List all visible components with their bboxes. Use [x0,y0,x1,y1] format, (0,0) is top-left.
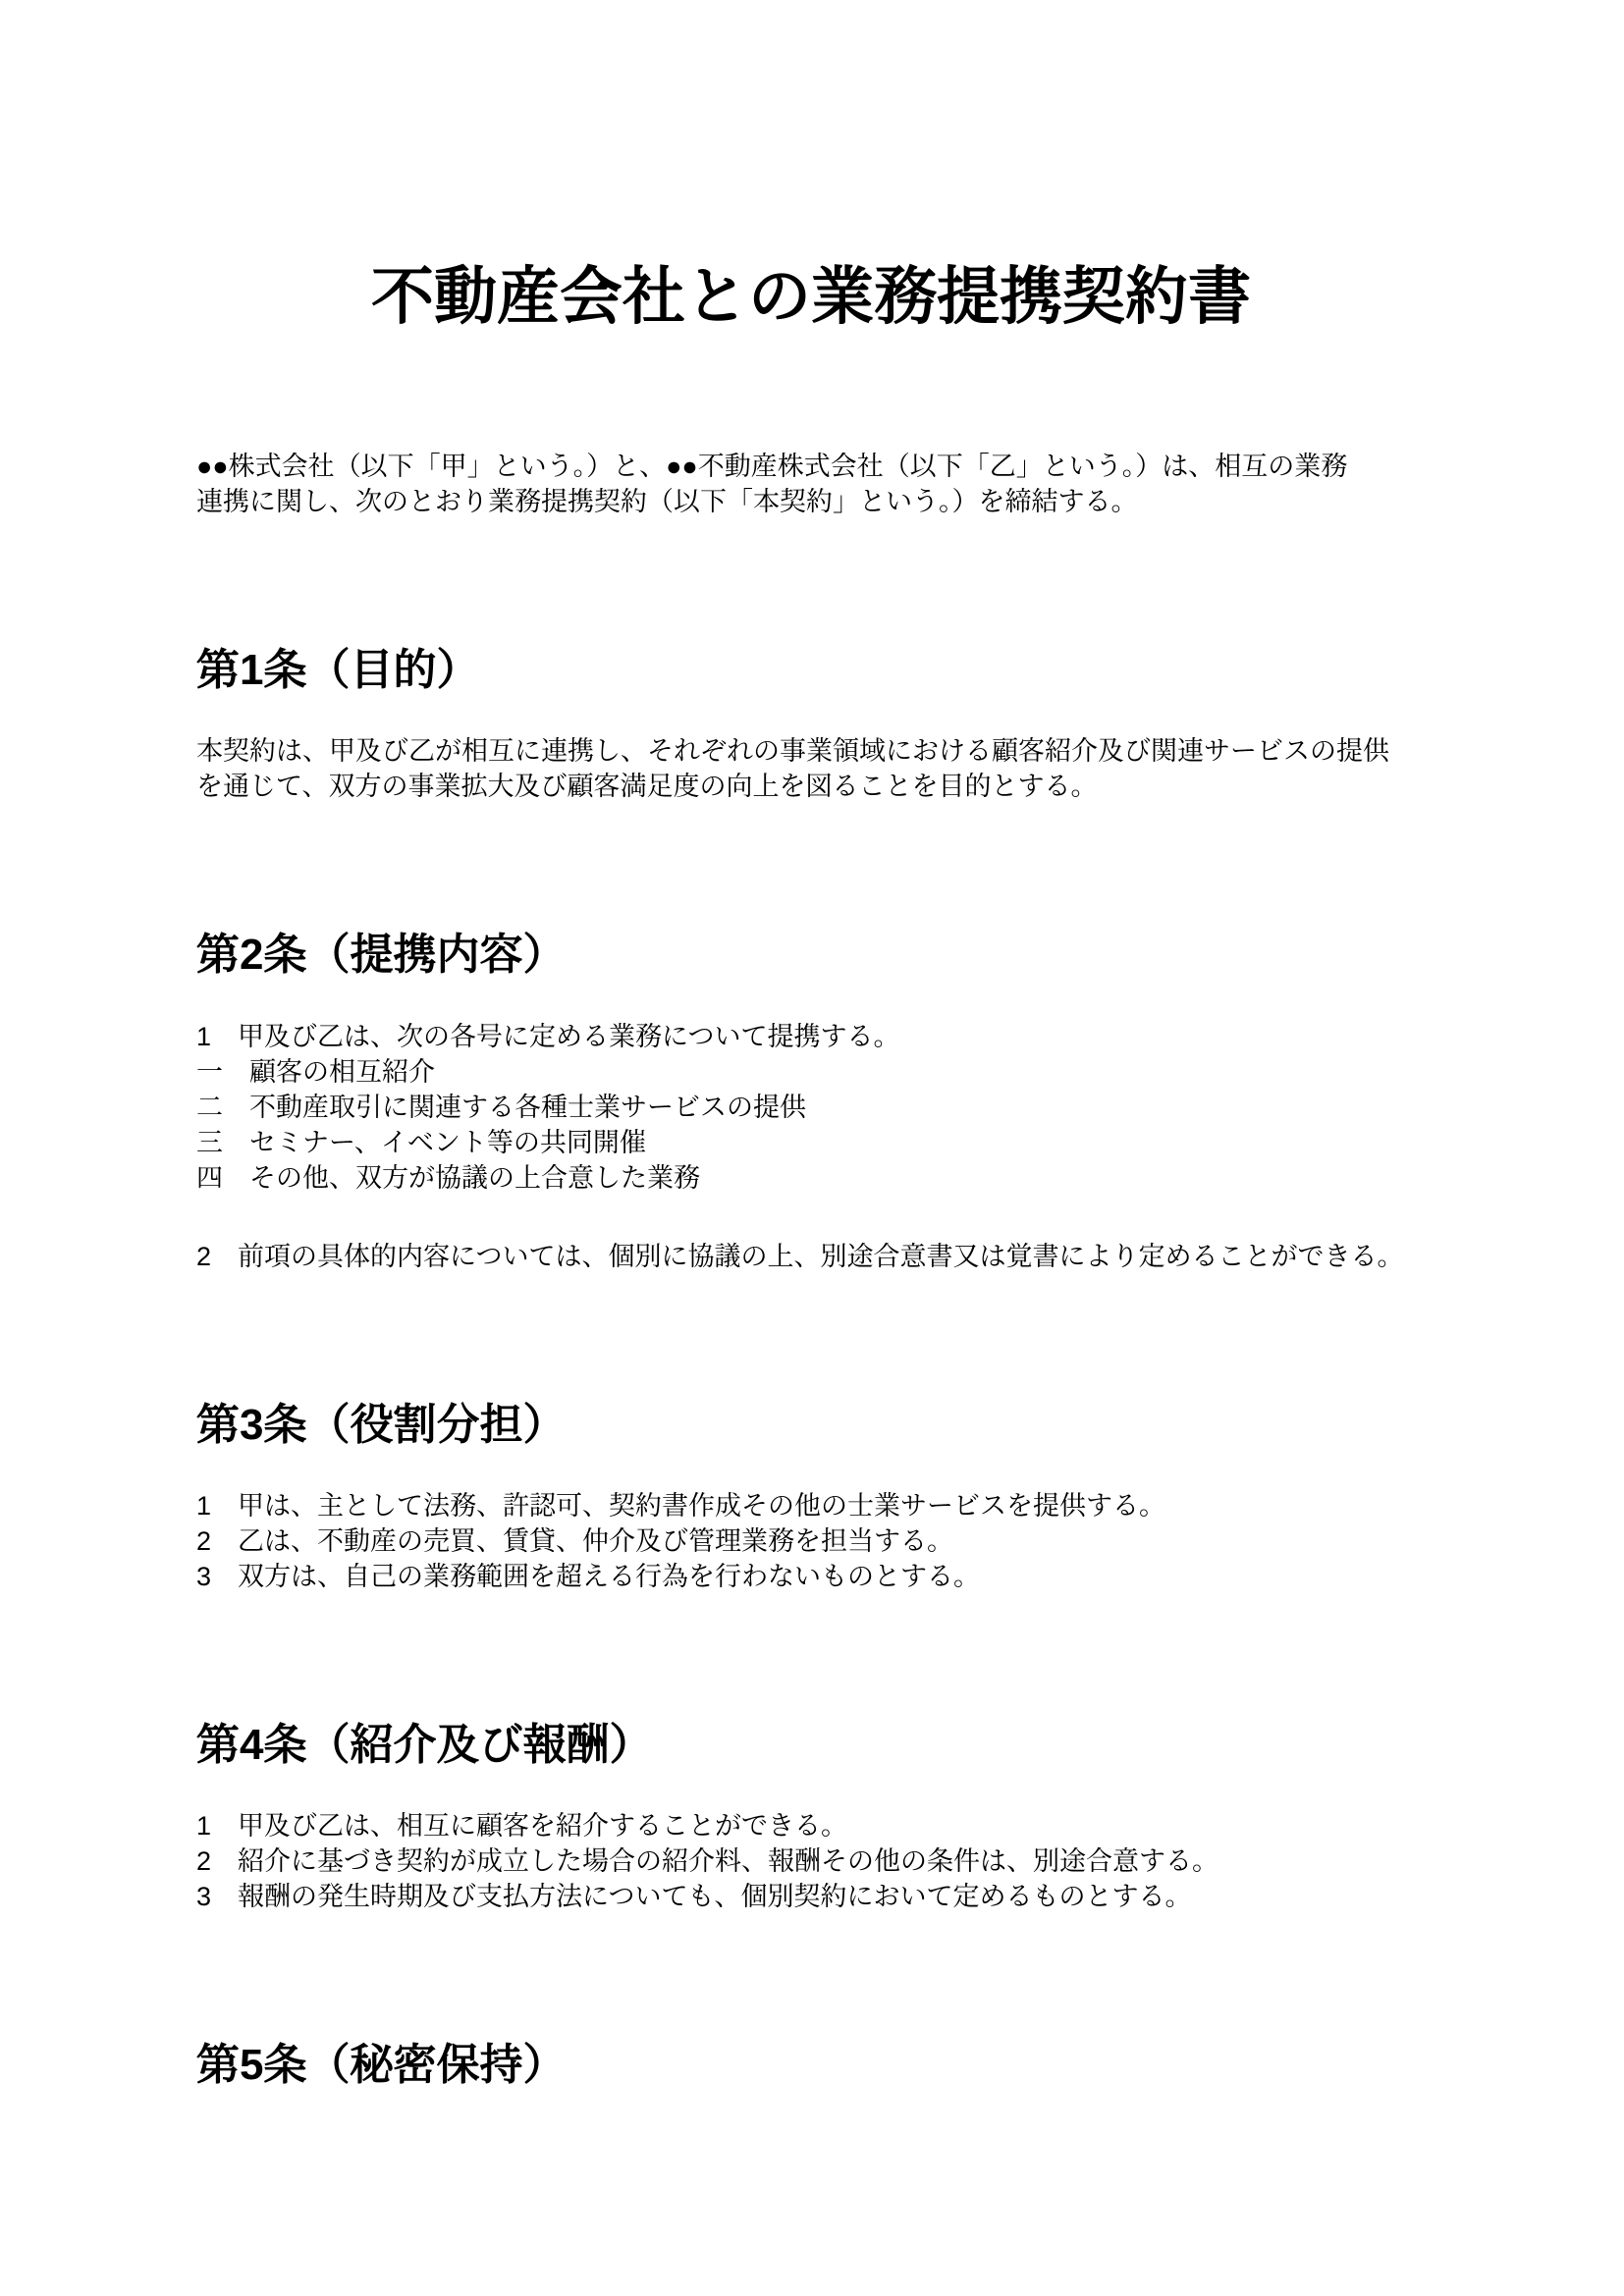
article-5: 第5条（秘密保持） [196,2042,1624,2089]
article-4-clause-list: 1 甲及び乙は、相互に顧客を紹介することができる。 2 紹介に基づき契約が成立し… [196,1808,1512,1914]
article-1-text: 本契約は、甲及び乙が相互に連携し、それぞれの事業領域における顧客紹介及び関連サー… [196,733,1512,804]
article-2: 第2条（提携内容） 1 甲及び乙は、次の各号に定める業務について提携する。 一 … [196,932,1624,1273]
article-2-clause-2: 2 前項の具体的内容については、個別に協議の上、別途合意書又は覚書により定めるこ… [196,1239,1512,1274]
article-5-heading: 第5条（秘密保持） [196,2042,1624,2089]
article-2-clause-1-list: 1 甲及び乙は、次の各号に定める業務について提携する。 一 顧客の相互紹介 二 … [196,1019,1512,1196]
article-3-clause-list: 1 甲は、主として法務、許認可、契約書作成その他の士業サービスを提供する。 2 … [196,1488,1512,1594]
article-4: 第4条（紹介及び報酬） 1 甲及び乙は、相互に顧客を紹介することができる。 2 … [196,1722,1624,1914]
article-2-heading: 第2条（提携内容） [196,932,1624,979]
article-1-heading: 第1条（目的） [196,647,1624,694]
article-1: 第1条（目的） 本契約は、甲及び乙が相互に連携し、それぞれの事業領域における顧客… [196,647,1624,804]
article-3-heading: 第3条（役割分担） [196,1402,1624,1449]
contract-document-page: 不動産会社との業務提携契約書 ●●株式会社（以下「甲」という。）と、●●不動産株… [0,0,1624,2296]
document-title: 不動産会社との業務提携契約書 [183,259,1439,335]
article-4-heading: 第4条（紹介及び報酬） [196,1722,1624,1769]
article-3: 第3条（役割分担） 1 甲は、主として法務、許認可、契約書作成その他の士業サービ… [196,1402,1624,1594]
preamble-paragraph: ●●株式会社（以下「甲」という。）と、●●不動産株式会社（以下「乙」という。）は… [196,449,1512,519]
